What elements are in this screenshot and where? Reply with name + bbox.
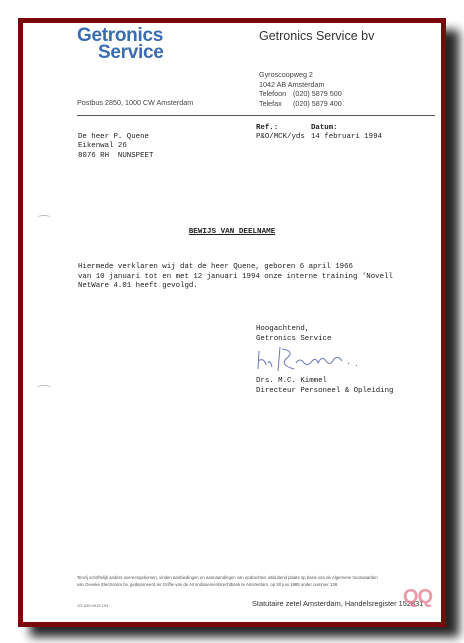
signer-title: Directeur Personeel & Opleiding bbox=[256, 387, 394, 397]
signer-name: Drs. M.C. Kimmel bbox=[256, 377, 394, 387]
punch-hole-mark-bottom bbox=[37, 385, 51, 390]
body-text: Hiermede verklaren wij dat de heer Quene… bbox=[78, 263, 393, 292]
header-divider bbox=[77, 115, 435, 116]
handwritten-signature bbox=[256, 343, 366, 380]
body-line-2: van 10 januari tot en met 12 januari 199… bbox=[78, 273, 393, 283]
postbus-address: Postbus 2850, 1000 CW Amsterdam bbox=[77, 98, 193, 107]
address-fax: Telefax (020) 5879 400 bbox=[259, 99, 342, 109]
punch-hole-mark-top bbox=[37, 215, 51, 220]
footer-terms: Tenzij schriftelijk anders overeengekome… bbox=[77, 575, 437, 588]
recipient-city: 8076 RH NUNSPEET bbox=[78, 152, 153, 161]
fax-label: Telefax bbox=[259, 99, 291, 109]
watermark-stamp: QQ bbox=[403, 586, 432, 609]
fax-value: (020) 5879 400 bbox=[293, 99, 342, 108]
phone-value: (020) 5879 500 bbox=[293, 89, 342, 98]
ref-label: Ref.: bbox=[256, 124, 311, 133]
address-street: Gyroscoopweg 2 bbox=[259, 70, 342, 80]
company-name: Getronics Service bv bbox=[259, 29, 374, 43]
phone-label: Telefoon bbox=[259, 89, 291, 99]
registration-text: Statutaire zetel Amsterdam, Handelsregis… bbox=[252, 599, 423, 608]
address-phone: Telefoon (020) 5879 500 bbox=[259, 89, 342, 99]
reference-block: Ref.:Datum: P&O/MCK/yds14 februari 1994 bbox=[256, 124, 382, 143]
footer-terms-line-2: van Geveke Electronics bv, gedeponeerd t… bbox=[77, 582, 437, 589]
recipient-block: De heer P. Quene Eikenwal 26 8076 RH NUN… bbox=[78, 133, 153, 161]
signer-block: Drs. M.C. Kimmel Directeur Personeel & O… bbox=[256, 377, 394, 396]
ref-value: P&O/MCK/yds bbox=[256, 133, 311, 142]
document-page: Getronics Service Getronics Service bv G… bbox=[18, 18, 446, 627]
form-code: GS.630.0915 193 bbox=[77, 603, 108, 608]
logo-line-2: Service bbox=[77, 44, 164, 61]
body-line-3: NetWare 4.01 heeft gevolgd. bbox=[78, 282, 393, 292]
closing-greeting: Hoogachtend, bbox=[256, 325, 331, 335]
company-logo: Getronics Service bbox=[77, 27, 164, 61]
recipient-street: Eikenwal 26 bbox=[78, 142, 153, 151]
address-city: 1042 AB Amsterdam bbox=[259, 80, 342, 90]
recipient-name: De heer P. Quene bbox=[78, 133, 153, 142]
document-title: BEWIJS VAN DEELNAME bbox=[23, 228, 441, 236]
date-label: Datum: bbox=[311, 124, 338, 132]
company-address: Gyroscoopweg 2 1042 AB Amsterdam Telefoo… bbox=[259, 70, 342, 108]
date-value: 14 februari 1994 bbox=[311, 133, 382, 141]
body-line-1: Hiermede verklaren wij dat de heer Quene… bbox=[78, 263, 393, 273]
closing-block: Hoogachtend, Getronics Service bbox=[256, 325, 331, 344]
